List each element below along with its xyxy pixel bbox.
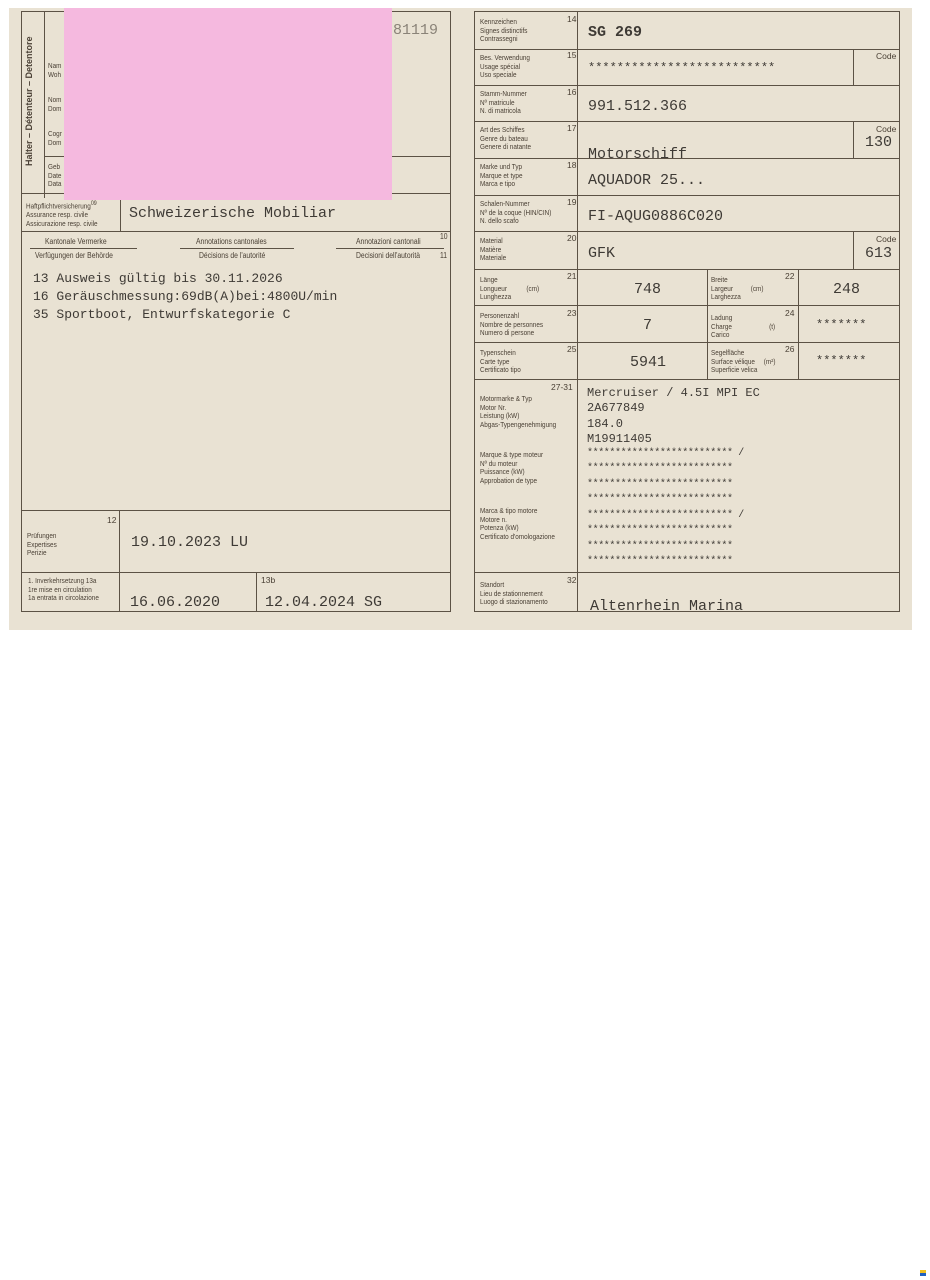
annotation-line: 13 Ausweis gültig bis 30.11.2026 <box>33 271 283 286</box>
engine-value-line: ************************** <box>587 556 733 567</box>
decisions-header-fr: Décisions de l'autorité <box>199 251 265 260</box>
engine-value-line: ************************** / <box>587 448 744 459</box>
field-16-label: Stamm-NummerNº matriculeN. di matricola <box>480 90 527 116</box>
insurance-label: Haftpflichtversicherung09 Assurance resp… <box>26 200 98 228</box>
holder-name-label: NamWoh <box>48 62 61 79</box>
field-number: 13b <box>261 575 275 585</box>
field-number: 22 <box>785 271 794 281</box>
scanner-mark-icon <box>920 1270 926 1276</box>
field-number: 16 <box>567 87 576 97</box>
field-26-label: SegelflächeSurface vélique (m²)Superfici… <box>711 349 775 375</box>
divider <box>853 49 854 85</box>
registry-number-value: 991.512.366 <box>588 98 687 115</box>
holder-name-label-fr: NomDom <box>48 96 61 113</box>
width-value: 248 <box>833 281 860 298</box>
divider <box>474 49 900 50</box>
divider <box>474 231 900 232</box>
redaction-overlay <box>64 8 392 200</box>
divider <box>853 121 854 158</box>
code-label: Code <box>876 234 896 244</box>
field-20-label: MaterialMatièreMateriale <box>480 237 506 263</box>
field-23-label: PersonenzahlNombre de personnesNumero di… <box>480 312 543 338</box>
type-certificate-value: 5941 <box>630 354 666 371</box>
engine-label-fr: Marque & type moteurNº du moteurPuissanc… <box>480 451 543 485</box>
engine-value-line: ************************** <box>587 541 733 552</box>
divider <box>21 510 451 511</box>
decisions-header-de: Verfügungen der Behörde <box>35 251 113 260</box>
field-21-label: LängeLongueur (cm)Lunghezza <box>480 276 539 302</box>
engine-label-de: Motormarke & TypMotor Nr.Leistung (kW)Ab… <box>480 395 556 429</box>
divider <box>798 269 799 379</box>
field-number: 26 <box>785 344 794 354</box>
field-25-label: TypenscheinCarte typeCertificato tipo <box>480 349 521 375</box>
engine-value-line: 184.0 <box>587 417 623 431</box>
field-18-label: Marke und TypMarque et typeMarca e tipo <box>480 163 523 189</box>
divider <box>474 85 900 86</box>
mooring-location-value: Altenrhein Marina <box>590 598 743 611</box>
divider <box>474 195 900 196</box>
annotations-num-11: 11 <box>440 251 447 260</box>
divider <box>119 510 120 612</box>
field-number: 12 <box>107 515 116 525</box>
annotation-line: 35 Sportboot, Entwurfskategorie C <box>33 307 290 322</box>
vessel-type-code: 130 <box>865 134 892 151</box>
field-number: 15 <box>567 50 576 60</box>
decisions-header-it: Decisioni dell'autorità <box>356 251 420 260</box>
annotations-header-it: Annotazioni cantonali <box>356 237 421 246</box>
divider <box>853 231 854 269</box>
length-value: 748 <box>634 281 661 298</box>
field-15-label: Bes. VerwendungUsage spécialUso speciale <box>480 54 530 80</box>
field-number: 25 <box>567 344 576 354</box>
holder-name-label-it: CogrDom <box>48 130 62 147</box>
inspections-value: 19.10.2023 LU <box>131 534 248 551</box>
insurance-value: Schweizerische Mobiliar <box>129 205 336 222</box>
divider <box>474 342 900 343</box>
annotation-line: 16 Geräuschmessung:69dB(A)bei:4800U/min <box>33 289 337 304</box>
make-type-value: AQUADOR 25... <box>588 172 705 189</box>
sail-area-value: ******* <box>816 354 866 368</box>
birth-date-label: GebDateData <box>48 163 61 189</box>
divider <box>474 572 900 573</box>
inspections-label: PrüfungenExpertisesPerizie <box>27 532 57 558</box>
field-number: 19 <box>567 197 576 207</box>
engine-value-line: 2A677849 <box>587 401 645 415</box>
field-number: 17 <box>567 123 576 133</box>
load-value: ******* <box>816 318 866 332</box>
engine-value-line: ************************** <box>587 479 733 490</box>
engine-label-it: Marca & tipo motoreMotore n.Potenza (kW)… <box>480 507 555 541</box>
field-14-label: KennzeichenSignes distinctifsContrassegn… <box>480 18 527 44</box>
registration-mark-value: SG 269 <box>588 24 642 41</box>
field-32-label: StandortLieu de stationnementLuogo di st… <box>480 581 548 607</box>
divider <box>21 231 451 232</box>
field-number: 21 <box>567 271 576 281</box>
persons-value: 7 <box>643 317 652 334</box>
field-number: 23 <box>567 308 576 318</box>
divider <box>474 158 900 159</box>
annotations-header-de: Kantonale Vermerke <box>45 237 107 246</box>
divider <box>336 248 444 249</box>
code-label: Code <box>876 51 896 61</box>
registration-13b-value: 12.04.2024 SG <box>265 594 382 611</box>
redacted-number-suffix: 81119 <box>393 22 438 39</box>
field-17-label: Art des SchiffesGenre du bateauGenere di… <box>480 126 531 152</box>
holder-column-divider <box>44 11 45 198</box>
divider <box>474 379 900 380</box>
annotations-num-10: 10 <box>440 232 448 241</box>
holder-section-label: Halter – Détenteur – Detentore <box>24 36 34 166</box>
engine-value-line: ************************** <box>587 463 733 474</box>
engine-value-line: ************************** / <box>587 510 744 521</box>
field-22-label: BreiteLargeur (cm)Larghezza <box>711 276 763 302</box>
divider <box>30 248 137 249</box>
vessel-type-value: Motorschiff <box>588 146 687 163</box>
field-number: 24 <box>785 308 794 318</box>
divider <box>707 269 708 379</box>
code-label: Code <box>876 124 896 134</box>
first-registration-label: 1. Inverkehrsetzung 13a 1re mise en circ… <box>28 577 99 603</box>
annotations-header-fr: Annotations cantonales <box>196 237 267 246</box>
engine-value-line: M19911405 <box>587 432 652 446</box>
field-number: 32 <box>567 575 576 585</box>
material-code: 613 <box>865 245 892 262</box>
divider <box>21 572 451 573</box>
engine-value-line: Mercruiser / 4.5I MPI EC <box>587 386 760 400</box>
divider <box>256 572 257 612</box>
first-registration-value: 16.06.2020 <box>130 594 220 611</box>
field-number: 18 <box>567 160 576 170</box>
divider <box>474 269 900 270</box>
engine-value-line: ************************** <box>587 494 733 505</box>
divider <box>474 305 900 306</box>
divider <box>474 121 900 122</box>
special-use-value: ************************** <box>588 61 775 75</box>
field-24-label: LadungCharge (t)Carico <box>711 314 775 340</box>
engine-value-line: ************************** <box>587 525 733 536</box>
field-number: 14 <box>567 14 576 24</box>
field-19-label: Schalen-NummerNº de la coque (HIN/CIN)N.… <box>480 200 551 226</box>
material-value: GFK <box>588 245 615 262</box>
field-number: 27-31 <box>551 382 573 392</box>
label-column-divider <box>577 11 578 612</box>
hull-number-value: FI-AQUG0886C020 <box>588 208 723 225</box>
divider <box>180 248 294 249</box>
field-number: 20 <box>567 233 576 243</box>
